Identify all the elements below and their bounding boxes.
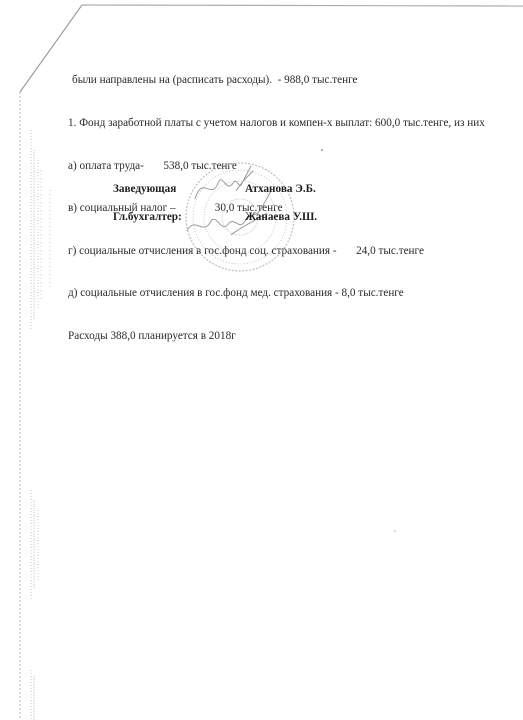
signature-title-director: Заведующая — [113, 183, 176, 195]
signature-name-director: Атханова Э.Б. — [245, 183, 316, 195]
document-body: были направлены на (расписать расходы). … — [68, 45, 485, 357]
signature-title-chief-accountant: Гл.бухгалтер: — [113, 211, 182, 223]
text-line-social-insurance: г) социальные отчисления в гос.фонд соц.… — [68, 244, 485, 258]
text-line-wages: а) оплата труда- 538,0 тыс.тенге — [68, 159, 485, 173]
text-line-medical-insurance: д) социальные отчисления в гос.фонд мед.… — [68, 286, 485, 300]
signature-name-chief-accountant: Жанаева У.Ш. — [245, 211, 317, 223]
text-line-payroll-fund: 1. Фонд заработной платы с учетом налого… — [68, 116, 485, 130]
text-line-directed-total: были направлены на (расписать расходы). … — [68, 73, 485, 87]
text-line-planned-2018: Расходы 388,0 планируется в 2018г — [68, 329, 485, 343]
